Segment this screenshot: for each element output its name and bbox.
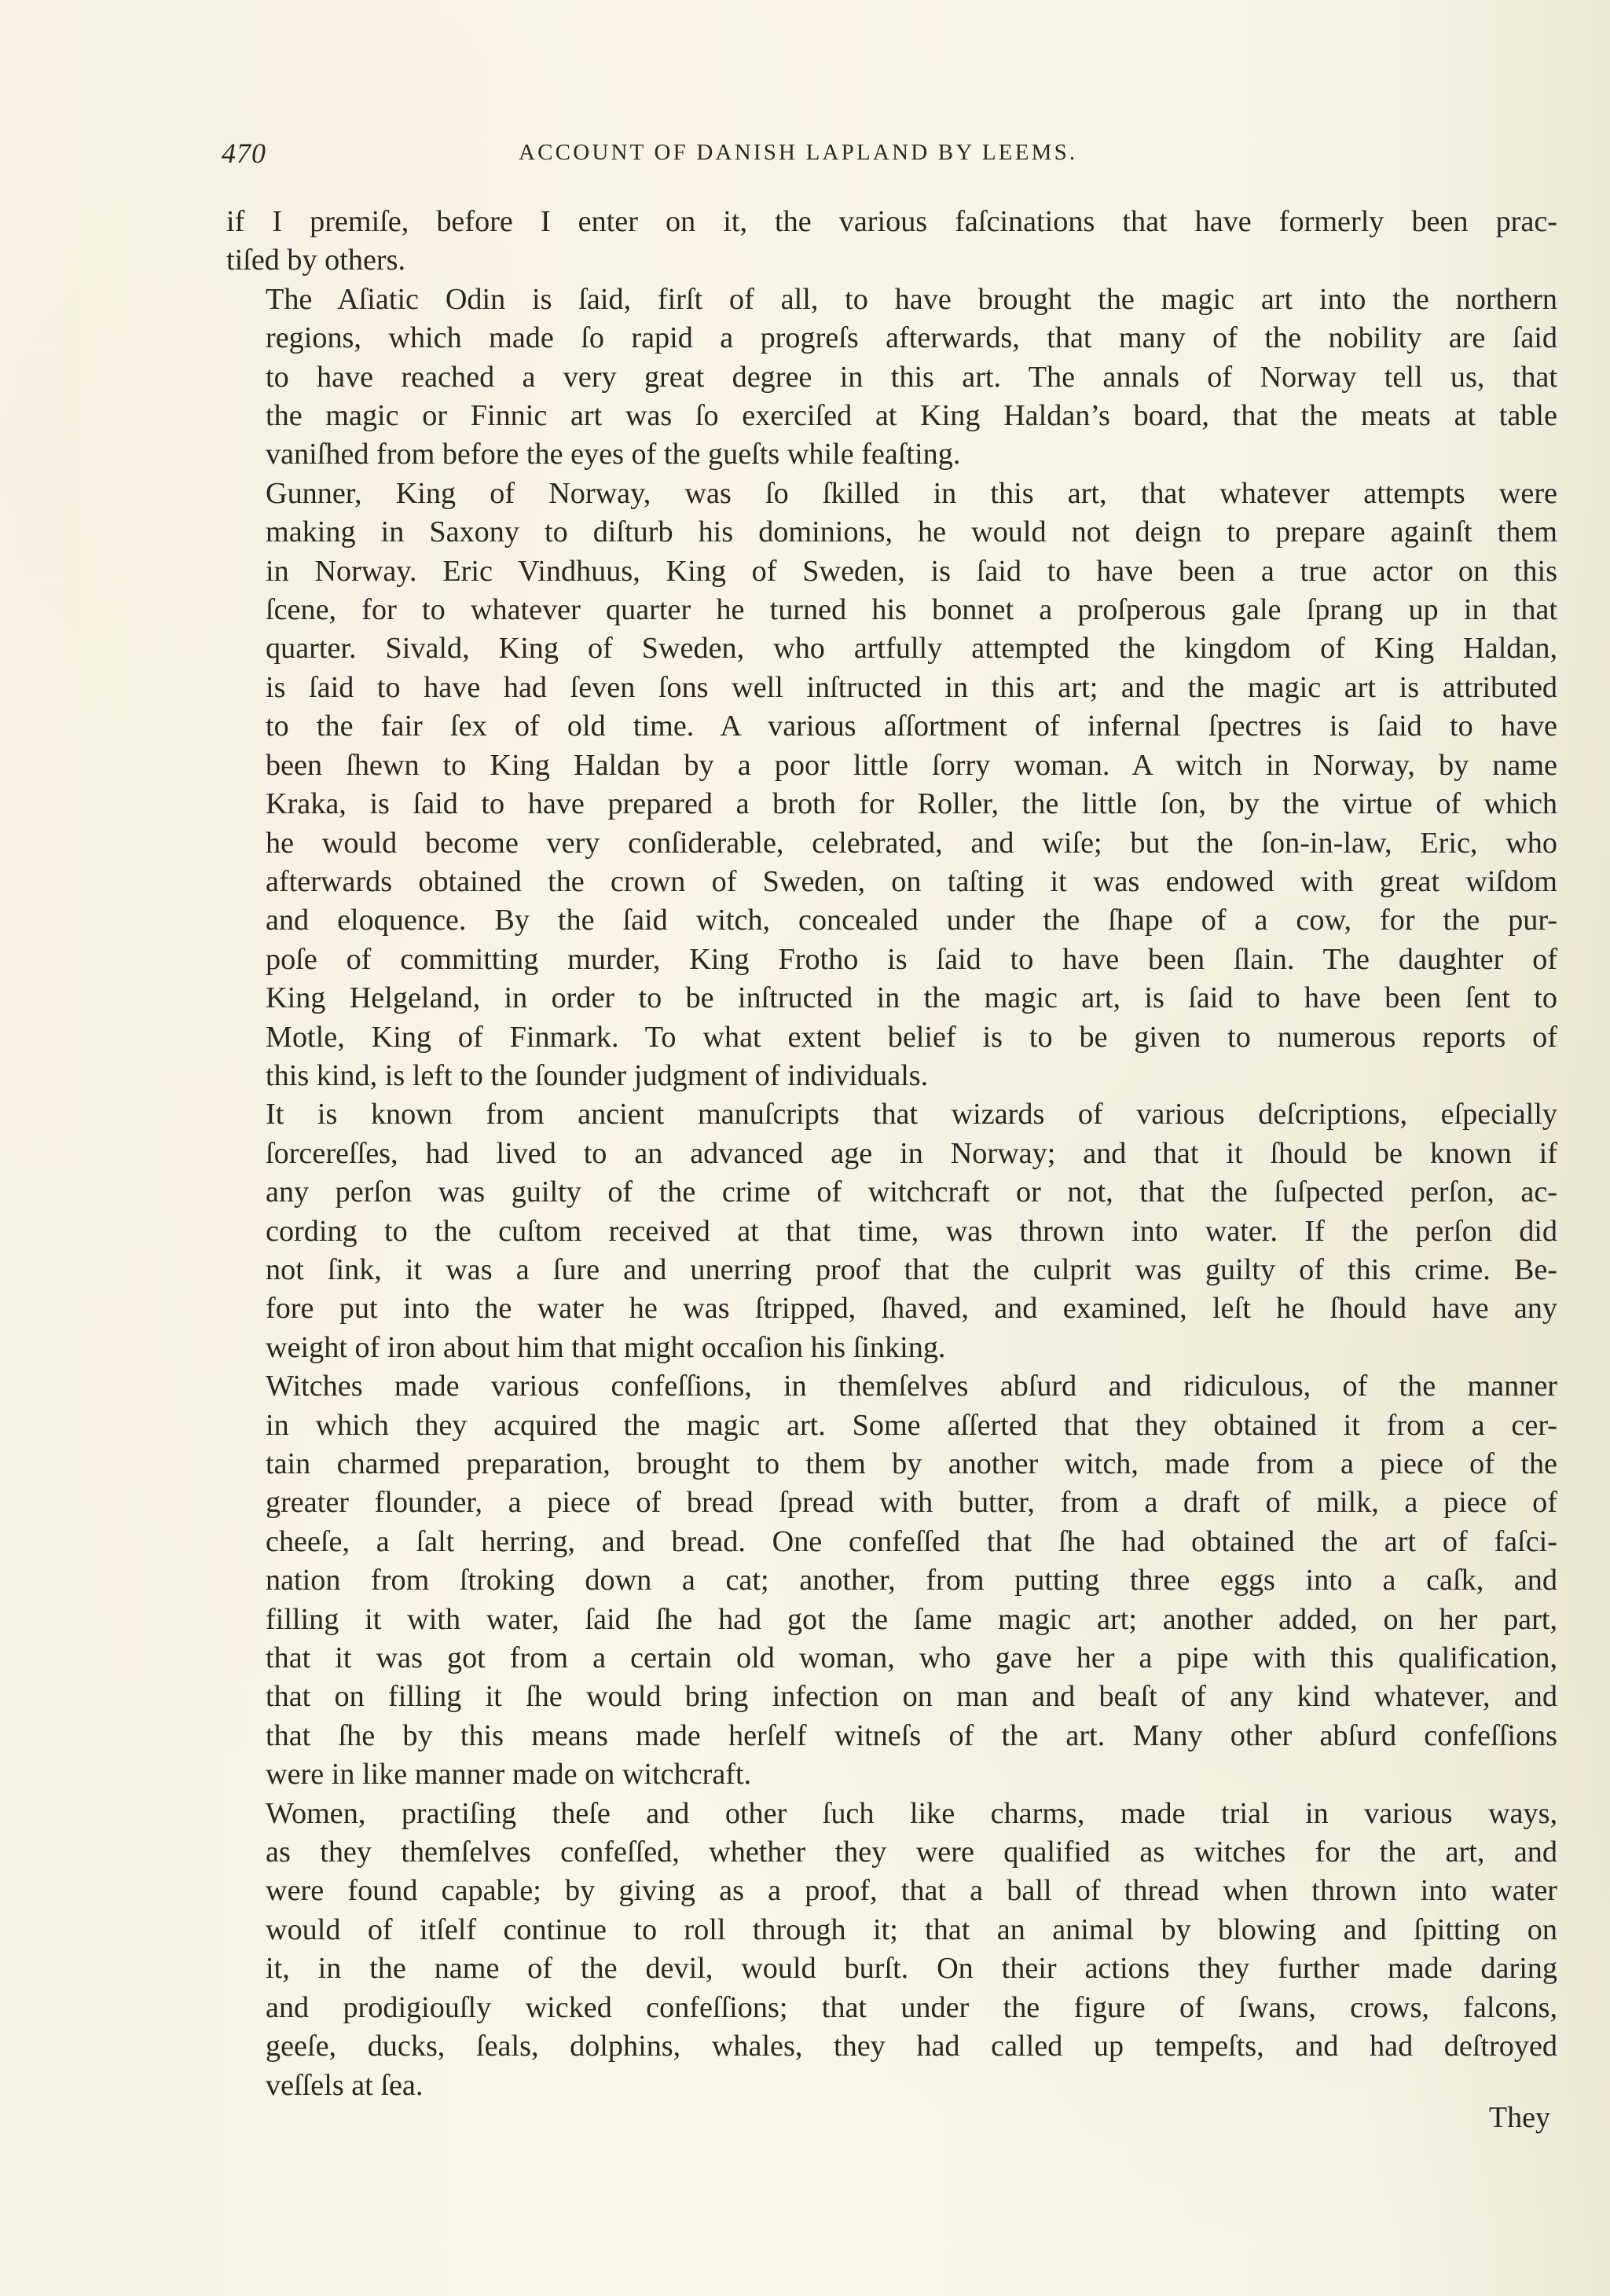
- text-line: not ſink, it was a ſure and unerring pro…: [226, 1251, 1557, 1289]
- text-line: filling it with water, ſaid ſhe had got …: [226, 1601, 1557, 1639]
- text-line: Kraka, is ſaid to have prepared a broth …: [226, 785, 1557, 823]
- text-line: were found capable; by giving as a proof…: [226, 1872, 1557, 1910]
- text-line: that on filling it ſhe would bring infec…: [226, 1678, 1557, 1716]
- text-line: he would become very conſiderable, celeb…: [226, 824, 1557, 863]
- text-line: Witches made various confeſſions, in the…: [226, 1367, 1557, 1406]
- text-line: is ſaid to have had ſeven ſons well inſt…: [226, 669, 1557, 707]
- paragraph: It is known from ancient manuſcripts tha…: [226, 1095, 1557, 1367]
- page-number: 470: [222, 137, 266, 170]
- text-line: were in like manner made on witchcraft.: [226, 1755, 1557, 1794]
- text-line: as they themſelves confeſſed, whether th…: [226, 1833, 1557, 1872]
- text-line: would of itſelf continue to roll through…: [226, 1911, 1557, 1949]
- catchword: They: [1489, 2100, 1550, 2135]
- text-line: vaniſhed from before the eyes of the gue…: [226, 435, 1557, 474]
- text-line: afterwards obtained the crown of Sweden,…: [226, 863, 1557, 901]
- text-line: the magic or Finnic art was ſo exerciſed…: [226, 397, 1557, 435]
- text-line: ſcene, for to whatever quarter he turned…: [226, 591, 1557, 629]
- text-line: that ſhe by this means made herſelf witn…: [226, 1717, 1557, 1755]
- running-head: 470 ACCOUNT OF DANISH LAPLAND BY LEEMS.: [226, 132, 1557, 179]
- text-line: nation from ſtroking down a cat; another…: [226, 1561, 1557, 1600]
- paragraph: Gunner, King of Norway, was ſo ſkilled i…: [226, 475, 1557, 1096]
- text-line: to the fair ſex of old time. A various a…: [226, 707, 1557, 746]
- text-line: geeſe, ducks, ſeals, dolphins, whales, t…: [226, 2027, 1557, 2066]
- text-line: regions, which made ſo rapid a progreſs …: [226, 319, 1557, 358]
- text-line: It is known from ancient manuſcripts tha…: [226, 1095, 1557, 1134]
- text-line: this kind, is left to the ſounder judgme…: [226, 1057, 1557, 1095]
- text-line: if I premiſe, before I enter on it, the …: [226, 203, 1557, 241]
- body-text: if I premiſe, before I enter on it, the …: [226, 203, 1557, 2105]
- text-line: any perſon was guilty of the crime of wi…: [226, 1173, 1557, 1212]
- text-line: ſorcereſſes, had lived to an advanced ag…: [226, 1135, 1557, 1173]
- paragraph: Women, practiſing theſe and other ſuch l…: [226, 1795, 1557, 2105]
- text-line: weight of iron about him that might occa…: [226, 1329, 1557, 1367]
- text-line: quarter. Sivald, King of Sweden, who art…: [226, 629, 1557, 668]
- running-title: ACCOUNT OF DANISH LAPLAND BY LEEMS.: [519, 140, 1077, 166]
- paragraph: The Aſiatic Odin is ſaid, firſt of all, …: [226, 281, 1557, 475]
- text-line: and eloquence. By the ſaid witch, concea…: [226, 901, 1557, 940]
- text-line: Gunner, King of Norway, was ſo ſkilled i…: [226, 475, 1557, 513]
- text-line: and prodigiouſly wicked confeſſions; tha…: [226, 1989, 1557, 2027]
- text-line: tain charmed preparation, brought to the…: [226, 1445, 1557, 1484]
- text-line: Motle, King of Finmark. To what extent b…: [226, 1018, 1557, 1057]
- paragraph: if I premiſe, before I enter on it, the …: [226, 203, 1557, 281]
- text-line: in which they acquired the magic art. So…: [226, 1407, 1557, 1445]
- text-line: greater flounder, a piece of bread ſprea…: [226, 1484, 1557, 1522]
- text-line: tiſed by others.: [226, 241, 1557, 280]
- text-line: fore put into the water he was ſtripped,…: [226, 1289, 1557, 1328]
- text-line: The Aſiatic Odin is ſaid, firſt of all, …: [226, 281, 1557, 319]
- book-page: 470 ACCOUNT OF DANISH LAPLAND BY LEEMS. …: [226, 132, 1557, 2105]
- text-line: been ſhewn to King Haldan by a poor litt…: [226, 746, 1557, 785]
- paragraph: Witches made various confeſſions, in the…: [226, 1367, 1557, 1794]
- text-line: veſſels at ſea.: [226, 2067, 1557, 2105]
- text-line: in Norway. Eric Vindhuus, King of Sweden…: [226, 552, 1557, 591]
- text-line: poſe of committing murder, King Frotho i…: [226, 941, 1557, 979]
- text-line: to have reached a very great degree in t…: [226, 358, 1557, 397]
- text-line: making in Saxony to diſturb his dominion…: [226, 513, 1557, 552]
- text-line: it, in the name of the devil, would burſ…: [226, 1949, 1557, 1988]
- text-line: that it was got from a certain old woman…: [226, 1639, 1557, 1678]
- text-line: Women, practiſing theſe and other ſuch l…: [226, 1795, 1557, 1833]
- text-line: King Helgeland, in order to be inſtructe…: [226, 979, 1557, 1018]
- text-line: cheeſe, a ſalt herring, and bread. One c…: [226, 1523, 1557, 1561]
- text-line: cording to the cuſtom received at that t…: [226, 1212, 1557, 1251]
